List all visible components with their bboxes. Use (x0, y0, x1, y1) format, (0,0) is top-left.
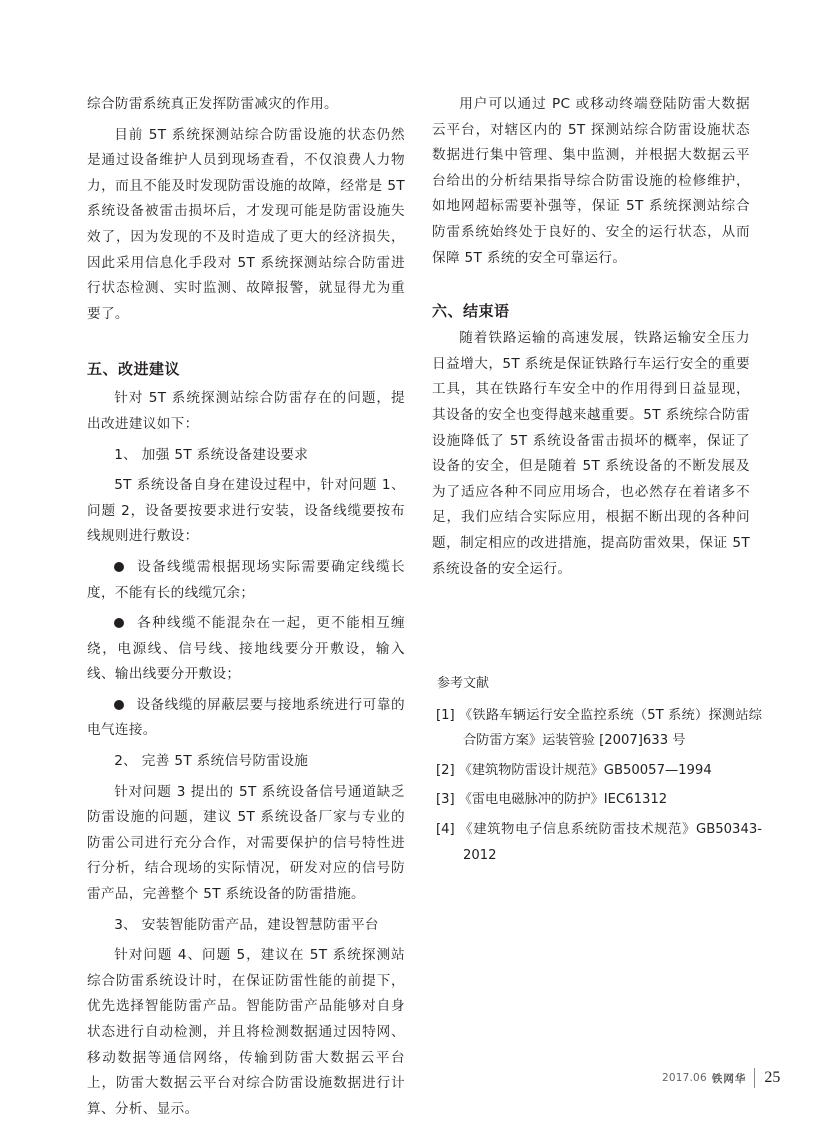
subsection-heading-2: 2、 完善 5T 系统信号防雷设施 (87, 749, 405, 775)
section-heading-6: 六、结束语 (432, 299, 750, 324)
bullet-icon (114, 562, 124, 572)
bullet-item: 各种线缆不能混杂在一起，更不能相互缠绕，电源线、信号线、接地线要分开敷设，输入线… (87, 611, 405, 688)
right-column: 用户可以通过 PC 或移动终端登陆防雷大数据云平台，对辖区内的 5T 探测站综合… (432, 92, 750, 582)
reference-item: [2]《建筑物防雷设计规范》GB50057—1994 (432, 758, 762, 784)
paragraph: 用户可以通过 PC 或移动终端登陆防雷大数据云平台，对辖区内的 5T 探测站综合… (432, 92, 750, 271)
paragraph: 5T 系统设备自身在建设过程中，针对问题 1、问题 2，设备要按要求进行安装，设… (87, 473, 405, 550)
section-heading-5: 五、改进建议 (87, 357, 405, 382)
page-footer: 2017.06 铁网华 25 (662, 1066, 780, 1090)
paragraph: 针对问题 4、问题 5，建议在 5T 系统探测站综合防雷系统设计时，在保证防雷性… (87, 943, 405, 1122)
references-title: 参考文献 (437, 671, 762, 697)
references: 参考文献 [1]《铁路车辆运行安全监控系统（5T 系统）探测站综合防雷方案》运装… (432, 671, 762, 872)
bullet-icon (114, 618, 124, 628)
bullet-item: 设备线缆的屏蔽层要与接地系统进行可靠的电气连接。 (87, 693, 405, 744)
left-column: 综合防雷系统真正发挥防雷减灾的作用。 目前 5T 系统探测站综合防雷设施的状态仍… (87, 92, 405, 1122)
bullet-icon (114, 700, 124, 710)
paragraph: 针对问题 3 提出的 5T 系统设备信号通道缺乏防雷设施的问题，建议 5T 系统… (87, 780, 405, 908)
bullet-item: 设备线缆需根据现场实际需要确定线缆长度，不能有长的线缆冗余； (87, 555, 405, 606)
paragraph: 随着铁路运输的高速发展，铁路运输安全压力日益增大，5T 系统是保证铁路行车运行安… (432, 326, 750, 582)
subsection-heading-3: 3、 安装智能防雷产品，建设智慧防雷平台 (87, 913, 405, 939)
paragraph: 目前 5T 系统探测站综合防雷设施的状态仍然是通过设备维护人员到现场查看，不仅浪… (87, 123, 405, 328)
reference-item: [1]《铁路车辆运行安全监控系统（5T 系统）探测站综合防雷方案》运装管验 [2… (432, 703, 762, 754)
paragraph: 综合防雷系统真正发挥防雷减灾的作用。 (87, 92, 405, 118)
journal-brand: 铁网华 (712, 1071, 747, 1086)
subsection-heading-1: 1、 加强 5T 系统设备建设要求 (87, 443, 405, 469)
reference-item: [3]《雷电电磁脉冲的防护》IEC61312 (432, 787, 762, 813)
page-number: 25 (764, 1069, 780, 1087)
paragraph: 针对 5T 系统探测站综合防雷存在的问题，提出改进建议如下： (87, 386, 405, 437)
issue-date: 2017.06 (662, 1072, 707, 1084)
footer-divider (754, 1068, 755, 1088)
reference-item: [4]《建筑物电子信息系统防雷技术规范》GB50343-2012 (432, 817, 762, 868)
